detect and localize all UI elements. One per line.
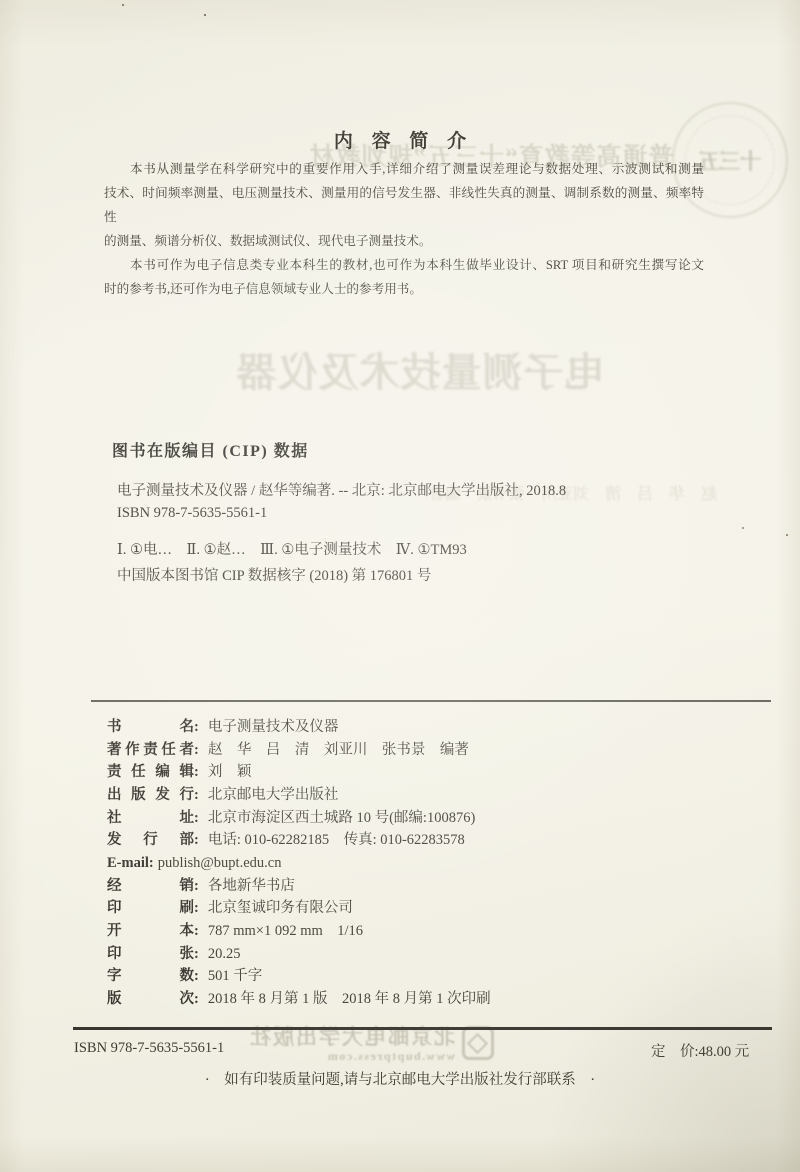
publisher-text-group: 北京邮电大学出版社 www.buptpress.com (248, 1026, 455, 1064)
row-value: 北京市海淀区西土城路 10 号(邮编:100876) (208, 810, 475, 826)
intro-line-1: 本书从测量学在科学研究中的重要作用入手,详细介绍了测量误差理论与数据处理、示波测… (104, 157, 704, 181)
row-label: 出版发行 (107, 784, 194, 807)
row-colon: : (194, 900, 199, 916)
intro-heading: 内 容 简 介 (0, 126, 800, 153)
row-colon: : (194, 719, 199, 735)
row-label: 经销 (107, 875, 194, 898)
colophon-row-editor: 责任编辑:刘 颖 (107, 761, 752, 784)
row-colon: : (194, 968, 199, 984)
scan-speck (204, 14, 206, 16)
row-colon: : (194, 832, 199, 848)
intro-line-5: 时的参考书,还可作为电子信息领域专业人士的参考用书。 (104, 277, 704, 301)
colophon-row-address: 社址:北京市海淀区西土城路 10 号(邮编:100876) (107, 807, 752, 830)
row-colon: : (194, 764, 199, 780)
row-value: 刘 颖 (208, 764, 252, 780)
row-colon: : (194, 946, 199, 962)
colophon-row-printer: 印刷:北京玺诚印务有限公司 (107, 897, 752, 920)
colophon-row-distribution: 发行部:电话: 010-62282185 传真: 010-62283578 (107, 829, 752, 852)
intro-paragraphs: 本书从测量学在科学研究中的重要作用入手,详细介绍了测量误差理论与数据处理、示波测… (104, 157, 704, 301)
row-label: 版次 (107, 988, 194, 1011)
row-label: 印刷 (107, 897, 194, 920)
row-label: 印张 (107, 943, 194, 966)
colophon-row-word-count: 字数:501 千字 (107, 965, 752, 988)
row-value: 501 千字 (208, 968, 262, 984)
footer-isbn: ISBN 978-7-5635-5561-1 (74, 1040, 224, 1057)
intro-line-4: 本书可作为电子信息类专业本科生的教材,也可作为本科生做毕业设计、SRT 项目和研… (104, 253, 704, 277)
row-value: 电子测量技术及仪器 (208, 719, 339, 735)
cip-record-number: 中国版本图书馆 CIP 数据核字 (2018) 第 176801 号 (117, 564, 431, 585)
row-value: 各地新华书店 (208, 878, 295, 894)
scan-speck (786, 534, 788, 536)
colophon-row-sheets: 印张:20.25 (107, 943, 752, 966)
row-colon: : (194, 923, 199, 939)
row-label: 社址 (107, 807, 194, 830)
cip-isbn: ISBN 978-7-5635-5561-1 (117, 505, 267, 522)
divider-bottom (73, 1027, 772, 1030)
cip-classification: Ⅰ. ①电… Ⅱ. ①赵… Ⅲ. ①电子测量技术 Ⅳ. ①TM93 (117, 538, 467, 559)
colophon-row-email: E-mail:publish@bupt.edu.cn (107, 852, 752, 875)
row-value: 北京邮电大学出版社 (208, 787, 339, 803)
row-value: 787 mm×1 092 mm 1/16 (208, 923, 363, 939)
row-colon: : (194, 878, 199, 894)
row-label: E-mail (107, 852, 149, 875)
colophon-row-publisher: 出版发行:北京邮电大学出版社 (107, 784, 752, 807)
row-label: 字数 (107, 965, 194, 988)
footer-price: 定 价:48.00 元 (651, 1040, 749, 1061)
scan-speck (742, 527, 744, 529)
scanned-copyright-page: 普通高等教育“十三五”规划教材 十三五 电子测量技术及仪器 赵 华 吕 清 刘亚… (0, 0, 800, 1172)
row-label: 书名 (107, 716, 194, 739)
cip-heading: 图书在版编目 (CIP) 数据 (112, 438, 309, 461)
cip-title-line: 电子测量技术及仪器 / 赵华等编著. -- 北京: 北京邮电大学出版社, 201… (117, 479, 566, 500)
intro-line-2: 技术、时间频率测量、电压测量技术、测量用的信号发生器、非线性失真的测量、调制系数… (104, 181, 704, 229)
row-value: 赵 华 吕 清 刘亚川 张书景 编著 (208, 742, 469, 758)
showthrough-publisher-website: www.buptpress.com (248, 1049, 455, 1064)
colophon-row-retail: 经销:各地新华书店 (107, 875, 752, 898)
publisher-logo-icon (462, 1026, 494, 1060)
scan-speck (122, 4, 124, 6)
row-value: 北京玺诚印务有限公司 (208, 900, 353, 916)
colophon-row-edition: 版次:2018 年 8 月第 1 版 2018 年 8 月第 1 次印刷 (107, 988, 752, 1011)
row-colon: : (194, 991, 199, 1007)
colophon-row-authors: 著作责任者:赵 华 吕 清 刘亚川 张书景 编著 (107, 739, 752, 762)
row-label: 发行部 (107, 829, 194, 852)
colophon: 书名:电子测量技术及仪器 著作责任者:赵 华 吕 清 刘亚川 张书景 编著 责任… (107, 716, 752, 1011)
divider-top (91, 700, 771, 702)
row-colon: : (194, 810, 199, 826)
intro-line-3: 的测量、频谱分析仪、数据域测试仪、现代电子测量技术。 (104, 229, 704, 253)
row-colon: : (194, 742, 199, 758)
row-value: 2018 年 8 月第 1 版 2018 年 8 月第 1 次印刷 (208, 991, 491, 1007)
showthrough-book-title: 电子测量技术及仪器 (224, 341, 616, 398)
row-colon: : (194, 787, 199, 803)
row-label: 责任编辑 (107, 761, 194, 784)
footer-quality-notice: · 如有印装质量问题,请与北京邮电大学出版社发行部联系 · (0, 1068, 800, 1089)
row-value: 电话: 010-62282185 传真: 010-62283578 (208, 832, 465, 848)
row-label: 著作责任者 (107, 739, 194, 762)
row-value: publish@bupt.edu.cn (158, 855, 282, 871)
row-colon: : (149, 855, 154, 871)
row-label: 开本 (107, 920, 194, 943)
row-value: 20.25 (208, 946, 241, 962)
colophon-row-book-name: 书名:电子测量技术及仪器 (107, 716, 752, 739)
showthrough-publisher-block: 北京邮电大学出版社 www.buptpress.com (238, 1026, 494, 1064)
colophon-row-format: 开本:787 mm×1 092 mm 1/16 (107, 920, 752, 943)
